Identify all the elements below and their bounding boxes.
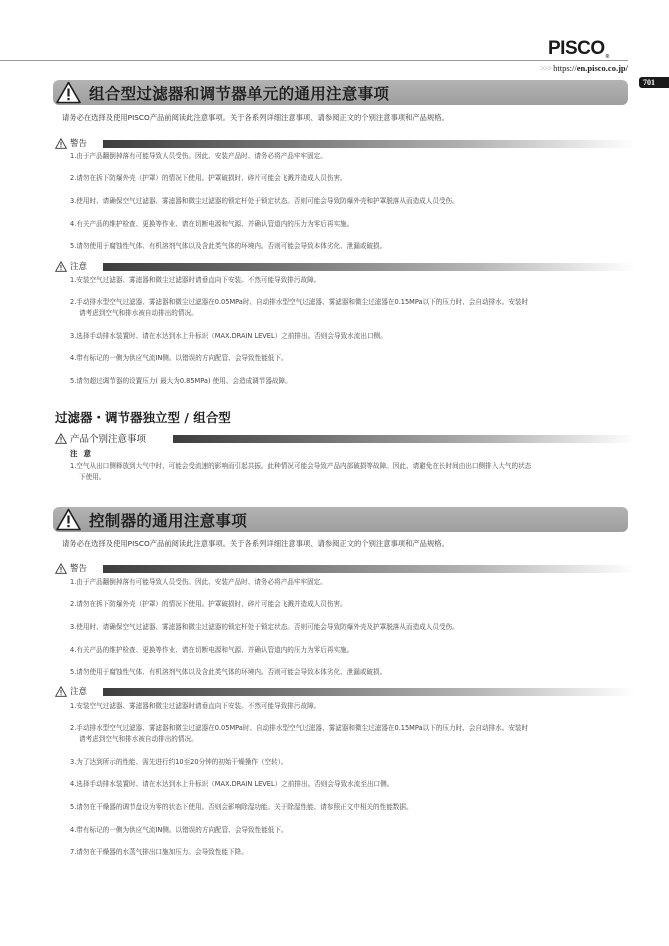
- caution-item: 1.安装空气过滤器、雾滤器和微尘过滤器时请垂直向下安装。不然可能导致排污故障。: [70, 701, 635, 712]
- pisco-logo: PISCO®: [548, 38, 609, 60]
- caution-item: 3.为了达到所示的性能、需先进行约10至20分钟的初始干燥操作（空转）。: [70, 757, 635, 768]
- warning-icon: [55, 433, 67, 444]
- note-item: 1.空气从出口侧释放到大气中时、可能会受流速的影响而引起共振。此种情况可能会导致…: [70, 461, 635, 483]
- section-banner-controller: 控制器的通用注意事项: [53, 507, 628, 532]
- gradient-bar: [173, 435, 635, 443]
- caution-header: 注意: [55, 261, 635, 273]
- warning-triangle-icon: [56, 81, 81, 104]
- warning-label: 警告: [70, 562, 87, 574]
- caution-item: 5.请勿在干燥器的调节盘设为零的状态下使用。否则会影响除湿功能。关于除湿性能、请…: [70, 802, 635, 813]
- header-divider: [0, 60, 628, 61]
- gradient-bar: [103, 140, 635, 148]
- chevrons-icon: >>>: [540, 63, 551, 73]
- warning-triangle-icon: [56, 508, 81, 531]
- warning-item: 3.使用时、请确保空气过滤器、雾滤器和微尘过滤器的锁定杆处于锁定状态。否则可能会…: [70, 196, 635, 207]
- warning-item: 5.请勿使用于腐蚀性气体、有机溶剂气体以及含此类气体的环境内。否则可能会导致本体…: [70, 667, 635, 678]
- gradient-bar: [103, 565, 635, 573]
- url-domain: en.pisco.co.jp/: [577, 63, 628, 73]
- caution-item: 2.手动排水型空气过滤器、雾滤器和微尘过滤器在0.05MPa时、自动排水型空气过…: [70, 297, 635, 319]
- website-link[interactable]: >>>https://en.pisco.co.jp/: [540, 63, 628, 73]
- section-banner-filter-regulator: 组合型过滤器和调节器单元的通用注意事项: [53, 80, 628, 105]
- warning-item: 2.请勿在拆下防爆外壳（护罩）的情况下使用。护罩破损时、碎片可能会飞溅并造成人员…: [70, 173, 635, 184]
- caution-label: 注意: [70, 685, 87, 697]
- caution-item: 4.带有标记的一侧为供应气流IN侧。以错误的方向配管、会导致性能低下。: [70, 353, 635, 364]
- warning-item: 3.使用时、请确保空气过滤器、雾滤器和微尘过滤器的锁定杆处于锁定状态。否则可能会…: [70, 622, 635, 633]
- caution-item: 4.带有标记的一侧为供应气流IN侧。以错误的方向配管、会导致性能低下。: [70, 825, 635, 836]
- warning-item: 2.请勿在拆下防爆外壳（护罩）的情况下使用。护罩破损时、碎片可能会飞溅并造成人员…: [70, 599, 635, 610]
- page-number: 701: [639, 77, 669, 88]
- warning-item: 5.请勿使用于腐蚀性气体、有机溶剂气体以及含此类气体的环境内。否则可能会导致本体…: [70, 241, 635, 252]
- warning-item: 4.有关产品的维护检查、更换等作业、请在切断电源和气源、并确认管道内的压力为零后…: [70, 645, 635, 656]
- caution-item: 4.选择手动排水装置时、请在水达到水上升标识（MAX.DRAIN LEVEL）之…: [70, 779, 635, 790]
- warning-item: 1.由于产品翻倒掉落有可能导致人员受伤。因此、安装产品时、请务必将产品牢牢固定。: [70, 577, 635, 588]
- section-title: 组合型过滤器和调节器单元的通用注意事项: [89, 82, 389, 104]
- section-intro: 请务必在选择及使用PISCO产品前阅读此注意事项。关于各系列详细注意事项、请参阅…: [62, 113, 449, 123]
- subsection-heading: 过滤器・调节器独立型 / 组合型: [55, 408, 231, 426]
- section-intro: 请务必在选择及使用PISCO产品前阅读此注意事项。关于各系列详细注意事项、请参阅…: [62, 539, 449, 549]
- warning-item: 1.由于产品翻倒掉落有可能导致人员受伤。因此、安装产品时、请务必将产品牢牢固定。: [70, 151, 635, 162]
- caution-header: 注意: [55, 686, 635, 698]
- gradient-bar: [103, 263, 635, 271]
- url-prefix: https://: [553, 63, 577, 73]
- individual-notes-label: 产品个别注意事项: [70, 431, 146, 445]
- caution-icon: [55, 261, 67, 272]
- caution-item: 1.安装空气过滤器、雾滤器和微尘过滤器时请垂直向下安装。不然可能导致排污故障。: [70, 275, 635, 286]
- section-title: 控制器的通用注意事项: [89, 509, 247, 531]
- caution-item: 7.请勿在干燥器的水蒸气排出口施加压力。会导致性能下降。: [70, 847, 635, 858]
- warning-icon: [55, 138, 67, 149]
- warning-item: 4.有关产品的维护检查、更换等作业、请在切断电源和气源、并确认管道内的压力为零后…: [70, 219, 635, 230]
- warning-header: 警告: [55, 138, 635, 150]
- caution-item: 5.请勿超过调节器的设置压力( 最大为0.85MPa) 使用、会造成调节器故障。: [70, 376, 635, 387]
- warning-header: 警告: [55, 563, 635, 575]
- caution-item: 3.选择手动排水装置时、请在水达到水上升标识（MAX.DRAIN LEVEL）之…: [70, 331, 635, 342]
- note-label: 注意: [70, 448, 97, 459]
- caution-icon: [55, 686, 67, 697]
- warning-label: 警告: [70, 137, 87, 149]
- warning-icon: [55, 563, 67, 574]
- gradient-bar: [103, 688, 635, 696]
- individual-notes-header: 产品个别注意事项: [55, 433, 635, 445]
- caution-item: 2.手动排水型空气过滤器、雾滤器和微尘过滤器在0.05MPa时、自动排水型空气过…: [70, 723, 635, 745]
- caution-label: 注意: [70, 260, 87, 272]
